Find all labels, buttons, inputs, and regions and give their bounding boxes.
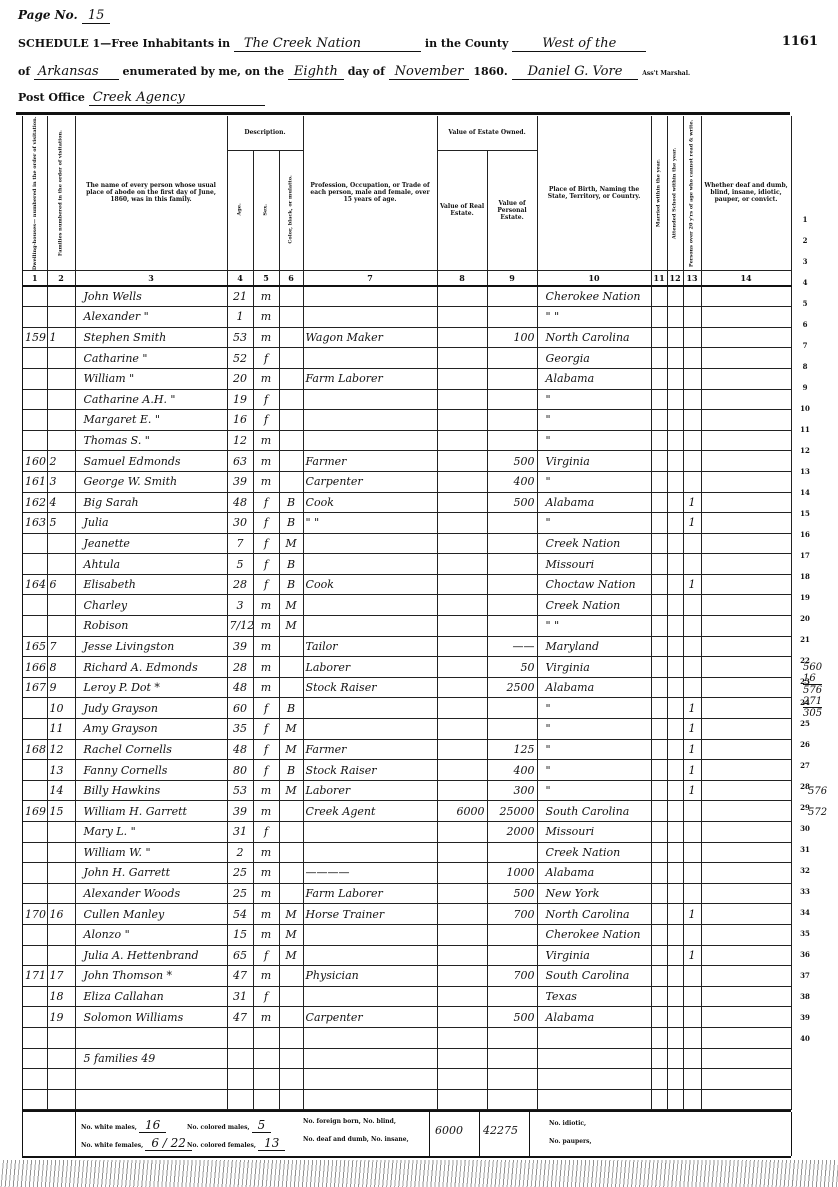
dwelling-number-cell — [23, 1027, 47, 1048]
disability-cell — [701, 883, 791, 904]
county-value: West of the — [512, 36, 646, 52]
birthplace-cell: " — [537, 739, 651, 760]
sex-cell: m — [253, 307, 279, 328]
dwelling-number-cell — [23, 1048, 47, 1069]
line-number: 9 — [795, 383, 815, 392]
birthplace-cell: Alabama — [537, 1007, 651, 1028]
birthplace-cell: South Carolina — [537, 966, 651, 987]
table-row: 5 families 49 — [23, 1048, 791, 1069]
married-within-year-cell — [651, 1007, 667, 1028]
dwelling-number-cell — [23, 945, 47, 966]
table-row: 16812Rachel Cornells48fMFarmer125"1 — [23, 739, 791, 760]
married-within-year-cell — [651, 760, 667, 781]
birthplace-cell: Cherokee Nation — [537, 286, 651, 307]
real-estate-value-cell — [437, 739, 487, 760]
col-age-header: Age. — [227, 150, 253, 270]
family-number-cell: 1 — [47, 327, 75, 348]
age-cell: 47 — [227, 1007, 253, 1028]
occupation-cell — [303, 1069, 437, 1090]
color-cell — [279, 327, 303, 348]
attended-school-cell — [667, 492, 683, 513]
cannot-read-write-cell — [683, 389, 701, 410]
real-estate-value-cell — [437, 533, 487, 554]
dwelling-number-cell: 162 — [23, 492, 47, 513]
family-number-cell — [47, 1027, 75, 1048]
real-estate-value-cell — [437, 410, 487, 431]
real-estate-value-cell — [437, 636, 487, 657]
col-married-header: Married within the year. — [651, 116, 667, 270]
state-value: Arkansas — [34, 64, 119, 80]
age-cell — [227, 1089, 253, 1110]
disability-cell — [701, 1069, 791, 1090]
family-number-cell: 8 — [47, 657, 75, 678]
birthplace-cell: Virginia — [537, 945, 651, 966]
margin-value: 576 — [803, 685, 822, 696]
age-cell: 3 — [227, 595, 253, 616]
real-estate-value-cell — [437, 924, 487, 945]
column-number: 12 — [667, 270, 683, 286]
sex-cell: f — [253, 348, 279, 369]
page-summary: No. white males, 16 No. colored males, 5… — [22, 1110, 791, 1158]
sex-cell: f — [253, 986, 279, 1007]
family-number-cell: 3 — [47, 471, 75, 492]
married-within-year-cell — [651, 307, 667, 328]
occupation-cell — [303, 389, 437, 410]
disability-cell — [701, 904, 791, 925]
sex-cell: m — [253, 863, 279, 884]
disability-cell — [701, 492, 791, 513]
attended-school-cell — [667, 1089, 683, 1110]
cannot-read-write-cell: 1 — [683, 492, 701, 513]
dwelling-number-cell — [23, 760, 47, 781]
married-within-year-cell — [651, 863, 667, 884]
married-within-year-cell — [651, 1048, 667, 1069]
age-cell: 12 — [227, 430, 253, 451]
married-within-year-cell — [651, 1089, 667, 1110]
line-number: 15 — [795, 509, 815, 518]
day-value: Eighth — [288, 64, 344, 80]
dwelling-number-cell — [23, 286, 47, 307]
paupers-label: No. paupers, — [549, 1138, 592, 1145]
column-number: 1 — [23, 270, 47, 286]
cannot-read-write-cell — [683, 863, 701, 884]
post-office-label: Post Office — [18, 91, 85, 104]
color-cell: B — [279, 513, 303, 534]
cannot-read-write-cell — [683, 986, 701, 1007]
sex-cell: m — [253, 883, 279, 904]
family-number-cell: 15 — [47, 801, 75, 822]
attended-school-cell — [667, 780, 683, 801]
cannot-read-write-cell — [683, 471, 701, 492]
table-row: 17117John Thomson *47mPhysician700South … — [23, 966, 791, 987]
family-number-cell — [47, 1069, 75, 1090]
sex-cell: m — [253, 904, 279, 925]
person-name-cell: Solomon Williams — [75, 1007, 227, 1028]
cannot-read-write-cell — [683, 801, 701, 822]
real-estate-value-cell — [437, 327, 487, 348]
table-row: 17016Cullen Manley54mMHorse Trainer700No… — [23, 904, 791, 925]
sex-cell: m — [253, 616, 279, 637]
person-name-cell: Jeanette — [75, 533, 227, 554]
total-personal-estate-box: 42275 — [479, 1112, 530, 1156]
person-name-cell: Robison — [75, 616, 227, 637]
married-within-year-cell — [651, 945, 667, 966]
disability-cell — [701, 368, 791, 389]
state-of-label: of — [18, 65, 30, 78]
dwelling-number-cell — [23, 1069, 47, 1090]
family-number-cell: 19 — [47, 1007, 75, 1028]
person-name-cell: Billy Hawkins — [75, 780, 227, 801]
margin-value: 560 — [803, 662, 822, 673]
cannot-read-write-cell — [683, 286, 701, 307]
cannot-read-write-cell — [683, 307, 701, 328]
person-name-cell: 5 families 49 — [75, 1048, 227, 1069]
line-number: 27 — [795, 761, 815, 770]
age-cell: 7/12 — [227, 616, 253, 637]
value-group-header: Value of Estate Owned. — [437, 116, 537, 150]
personal-estate-value-cell: 700 — [487, 904, 537, 925]
age-cell: 16 — [227, 410, 253, 431]
color-cell — [279, 657, 303, 678]
sex-cell: f — [253, 760, 279, 781]
birthplace-cell: Cherokee Nation — [537, 924, 651, 945]
married-within-year-cell — [651, 924, 667, 945]
occupation-cell: Farmer — [303, 739, 437, 760]
age-cell: 19 — [227, 389, 253, 410]
disability-cell — [701, 471, 791, 492]
enumeration-line: of Arkansas enumerated by me, on the Eig… — [18, 64, 690, 79]
attended-school-cell — [667, 739, 683, 760]
table-row: Thomas S. "12m" — [23, 430, 791, 451]
summary-spacer — [23, 1112, 76, 1156]
age-cell: 60 — [227, 698, 253, 719]
age-cell: 28 — [227, 657, 253, 678]
age-cell: 25 — [227, 863, 253, 884]
birthplace-cell: " " — [537, 307, 651, 328]
total-real-estate-box: 6000 — [429, 1112, 480, 1156]
cannot-read-write-cell: 1 — [683, 719, 701, 740]
sex-cell: m — [253, 430, 279, 451]
age-cell: 1 — [227, 307, 253, 328]
age-cell: 20 — [227, 368, 253, 389]
line-number: 33 — [795, 887, 815, 896]
occupation-cell — [303, 1048, 437, 1069]
column-number: 14 — [701, 270, 791, 286]
census-rows: John Wells21mCherokee NationAlexander "1… — [23, 286, 791, 1110]
personal-estate-value-cell: 125 — [487, 739, 537, 760]
occupation-cell — [303, 348, 437, 369]
table-row: 16915William H. Garrett39mCreek Agent600… — [23, 801, 791, 822]
table-row: 1679Leroy P. Dot *48mStock Raiser2500Ala… — [23, 677, 791, 698]
sex-cell: f — [253, 513, 279, 534]
age-cell: 5 — [227, 554, 253, 575]
married-within-year-cell — [651, 739, 667, 760]
family-number-cell: 18 — [47, 986, 75, 1007]
dwelling-number-cell — [23, 842, 47, 863]
family-number-cell — [47, 863, 75, 884]
sex-cell: m — [253, 677, 279, 698]
disability-cell — [701, 307, 791, 328]
person-name-cell: William " — [75, 368, 227, 389]
birthplace-cell: Virginia — [537, 451, 651, 472]
birthplace-cell: " — [537, 410, 651, 431]
color-cell — [279, 430, 303, 451]
age-cell: 63 — [227, 451, 253, 472]
attended-school-cell — [667, 327, 683, 348]
person-name-cell: Big Sarah — [75, 492, 227, 513]
table-row: 1624Big Sarah48fBCook500Alabama1 — [23, 492, 791, 513]
disability-cell — [701, 945, 791, 966]
page-label: Page No. — [18, 8, 78, 22]
family-number-cell — [47, 595, 75, 616]
personal-estate-value-cell — [487, 533, 537, 554]
personal-estate-value-cell — [487, 513, 537, 534]
person-name-cell: William H. Garrett — [75, 801, 227, 822]
personal-estate-value-cell — [487, 719, 537, 740]
birthplace-cell: Alabama — [537, 863, 651, 884]
cannot-read-write-cell: 1 — [683, 780, 701, 801]
real-estate-value-cell — [437, 430, 487, 451]
cannot-read-write-cell — [683, 1027, 701, 1048]
sex-cell: f — [253, 945, 279, 966]
white-males-count: No. white males, 16 — [81, 1118, 166, 1132]
attended-school-cell — [667, 904, 683, 925]
color-cell — [279, 883, 303, 904]
married-within-year-cell — [651, 657, 667, 678]
line-number: 34 — [795, 908, 815, 917]
family-number-cell — [47, 554, 75, 575]
color-cell — [279, 801, 303, 822]
married-within-year-cell — [651, 904, 667, 925]
description-group-header: Description. — [227, 116, 303, 150]
birthplace-cell: Alabama — [537, 677, 651, 698]
occupation-cell — [303, 1089, 437, 1110]
married-within-year-cell — [651, 966, 667, 987]
post-office-value: Creek Agency — [89, 90, 265, 106]
column-number: 8 — [437, 270, 487, 286]
col-color-header: Color, black, or mulatto. — [279, 150, 303, 270]
line-number: 7 — [795, 341, 815, 350]
sex-cell: f — [253, 739, 279, 760]
occupation-cell — [303, 719, 437, 740]
personal-estate-value-cell: 2000 — [487, 822, 537, 843]
occupation-cell — [303, 554, 437, 575]
table-row — [23, 1027, 791, 1048]
person-name-cell: Catharine " — [75, 348, 227, 369]
family-number-cell — [47, 1089, 75, 1110]
total-personal-estate: 42275 — [483, 1124, 518, 1137]
occupation-cell: Stock Raiser — [303, 760, 437, 781]
disability-cell — [701, 636, 791, 657]
sex-cell: f — [253, 389, 279, 410]
attended-school-cell — [667, 616, 683, 637]
color-cell — [279, 1069, 303, 1090]
disability-cell — [701, 822, 791, 843]
personal-estate-value-cell — [487, 1027, 537, 1048]
table-row: 1635Julia30fB" ""1 — [23, 513, 791, 534]
family-number-cell: 2 — [47, 451, 75, 472]
disability-cell — [701, 924, 791, 945]
birthplace-cell: New York — [537, 883, 651, 904]
age-cell — [227, 1027, 253, 1048]
color-cell — [279, 410, 303, 431]
real-estate-value-cell — [437, 966, 487, 987]
col-school-header: Attended School within the year. — [667, 116, 683, 270]
disability-cell — [701, 760, 791, 781]
birthplace-cell: Texas — [537, 986, 651, 1007]
dwelling-number-cell — [23, 698, 47, 719]
occupation-cell — [303, 924, 437, 945]
cannot-read-write-cell — [683, 1007, 701, 1028]
disability-cell — [701, 966, 791, 987]
attended-school-cell — [667, 842, 683, 863]
attended-school-cell — [667, 451, 683, 472]
col-sex-header: Sex. — [253, 150, 279, 270]
attended-school-cell — [667, 677, 683, 698]
person-name-cell: Fanny Cornells — [75, 760, 227, 781]
real-estate-value-cell — [437, 451, 487, 472]
age-cell: 35 — [227, 719, 253, 740]
disability-cell — [701, 616, 791, 637]
dwelling-number-cell — [23, 348, 47, 369]
occupation-cell: Farm Laborer — [303, 368, 437, 389]
birthplace-cell: Alabama — [537, 368, 651, 389]
column-number: 9 — [487, 270, 537, 286]
table-row: Catharine "52fGeorgia — [23, 348, 791, 369]
sex-cell: f — [253, 492, 279, 513]
real-estate-value-cell — [437, 389, 487, 410]
disability-cell — [701, 1089, 791, 1110]
color-cell — [279, 348, 303, 369]
colored-males-label: No. colored males, — [187, 1124, 250, 1131]
line-number: 35 — [795, 929, 815, 938]
color-cell — [279, 1027, 303, 1048]
attended-school-cell — [667, 760, 683, 781]
sex-cell — [253, 1048, 279, 1069]
sex-cell: f — [253, 574, 279, 595]
col-name-header: The name of every person whose usual pla… — [75, 116, 227, 270]
dwelling-number-cell — [23, 430, 47, 451]
occupation-cell — [303, 1027, 437, 1048]
summary-counts: No. white males, 16 No. colored males, 5… — [75, 1112, 430, 1156]
family-number-cell: 13 — [47, 760, 75, 781]
color-cell: B — [279, 492, 303, 513]
family-number-cell: 10 — [47, 698, 75, 719]
married-within-year-cell — [651, 471, 667, 492]
family-number-cell: 6 — [47, 574, 75, 595]
line-number: 20 — [795, 614, 815, 623]
dwelling-number-cell — [23, 533, 47, 554]
real-estate-value-cell — [437, 780, 487, 801]
line-number: 4 — [795, 278, 815, 287]
color-cell — [279, 636, 303, 657]
color-cell: B — [279, 760, 303, 781]
personal-estate-value-cell: 500 — [487, 492, 537, 513]
table-row: William "20mFarm LaborerAlabama — [23, 368, 791, 389]
color-cell — [279, 863, 303, 884]
white-females-label: No. white females, — [81, 1142, 143, 1149]
column-number: 5 — [253, 270, 279, 286]
line-number: 32 — [795, 866, 815, 875]
married-within-year-cell — [651, 492, 667, 513]
cannot-read-write-cell — [683, 327, 701, 348]
attended-school-cell — [667, 1027, 683, 1048]
attended-school-cell — [667, 307, 683, 328]
dwelling-number-cell — [23, 883, 47, 904]
person-name-cell: Charley — [75, 595, 227, 616]
line-number: 21 — [795, 635, 815, 644]
married-within-year-cell — [651, 986, 667, 1007]
real-estate-value-cell — [437, 1048, 487, 1069]
foreign-born-label: No. foreign born, — [303, 1118, 361, 1125]
color-cell — [279, 389, 303, 410]
margin-value: 271 — [803, 696, 822, 708]
attended-school-cell — [667, 883, 683, 904]
married-within-year-cell — [651, 286, 667, 307]
margin-value: 16 — [803, 673, 822, 685]
disability-cell — [701, 595, 791, 616]
table-row: 1668Richard A. Edmonds28mLaborer50Virgin… — [23, 657, 791, 678]
personal-estate-value-cell: 300 — [487, 780, 537, 801]
dwelling-number-cell — [23, 719, 47, 740]
col-disability-header: Whether deaf and dumb, blind, insane, id… — [701, 116, 791, 270]
color-cell: M — [279, 780, 303, 801]
person-name-cell: Elisabeth — [75, 574, 227, 595]
cannot-read-write-cell: 1 — [683, 513, 701, 534]
enumerator-title: Ass't Marshal. — [642, 70, 690, 77]
birthplace-cell: Alabama — [537, 492, 651, 513]
birthplace-cell: Creek Nation — [537, 595, 651, 616]
post-office-line: Post Office Creek Agency — [18, 90, 265, 105]
person-name-cell: Alonzo " — [75, 924, 227, 945]
day-of-label: day of — [348, 65, 385, 78]
age-cell: 80 — [227, 760, 253, 781]
family-number-cell — [47, 842, 75, 863]
real-estate-value-cell — [437, 698, 487, 719]
age-cell: 39 — [227, 471, 253, 492]
age-cell: 31 — [227, 986, 253, 1007]
person-name-cell: Richard A. Edmonds — [75, 657, 227, 678]
color-cell: M — [279, 945, 303, 966]
family-number-cell — [47, 389, 75, 410]
colored-males-count: No. colored males, 5 — [187, 1118, 271, 1132]
personal-estate-value-cell: 50 — [487, 657, 537, 678]
white-males-value: 16 — [139, 1118, 166, 1133]
attended-school-cell — [667, 636, 683, 657]
header-rule — [16, 112, 790, 115]
deaf-dumb-label: No. deaf and dumb, — [303, 1136, 369, 1143]
real-estate-value-cell: 6000 — [437, 801, 487, 822]
age-cell: 2 — [227, 842, 253, 863]
real-estate-value-cell — [437, 657, 487, 678]
dwelling-number-cell — [23, 368, 47, 389]
sex-cell: m — [253, 327, 279, 348]
married-within-year-cell — [651, 780, 667, 801]
col-illiterate-header: Persons over 20 y'rs of age who cannot r… — [683, 116, 701, 270]
personal-estate-value-cell — [487, 1089, 537, 1110]
sex-cell: m — [253, 780, 279, 801]
married-within-year-cell — [651, 636, 667, 657]
real-estate-value-cell — [437, 719, 487, 740]
disability-cell — [701, 986, 791, 1007]
cannot-read-write-cell: 1 — [683, 945, 701, 966]
column-number: 2 — [47, 270, 75, 286]
birthplace-cell: " — [537, 513, 651, 534]
occupation-cell: Carpenter — [303, 471, 437, 492]
family-number-cell — [47, 368, 75, 389]
occupation-cell: Stock Raiser — [303, 677, 437, 698]
attended-school-cell — [667, 719, 683, 740]
